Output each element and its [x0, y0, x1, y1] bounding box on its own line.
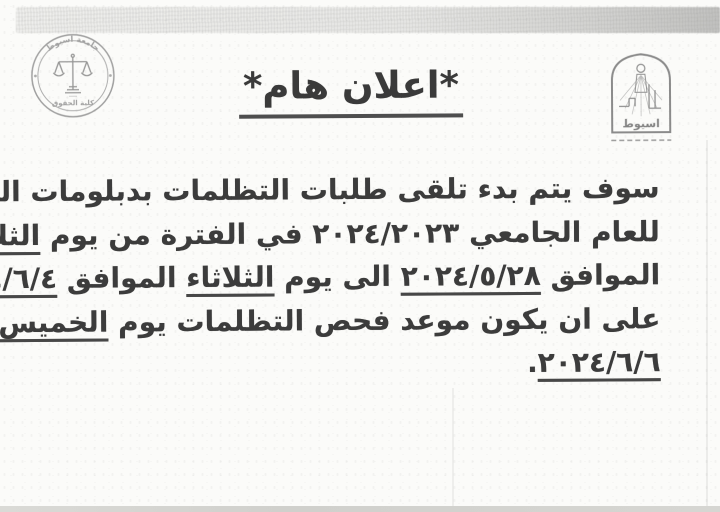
- paper-fold-seam: [452, 388, 454, 506]
- scanner-bottom-edge: [0, 506, 720, 512]
- announcement-title: *اعلان هام*: [239, 63, 463, 118]
- underlined-segment: الثلاثاء: [0, 218, 40, 252]
- text-segment: الموافق: [541, 258, 661, 292]
- scanned-announcement-page: جامعة اسيوط كلية الحقوق: [0, 0, 720, 512]
- announcement-body: سوف يتم بدء تلقى طلبات التظلمات بدبلومات…: [13, 166, 660, 387]
- paper-sheet: جامعة اسيوط كلية الحقوق: [0, 0, 720, 512]
- underlined-date: ٢٠٢٤/٥/٢٨: [401, 259, 541, 293]
- body-line-2: للعام الجامعي ٢٠٢٤/٢٠٢٣ في الفترة من يوم…: [14, 210, 660, 257]
- text-segment: الى يوم: [274, 260, 400, 294]
- text-segment: الموافق: [57, 261, 186, 295]
- body-line-3: الموافق ٢٠٢٤/٥/٢٨ الى يوم الثلاثاء الموا…: [14, 253, 660, 300]
- text-segment: على ان يكون موعد فحص التظلمات يوم: [108, 302, 660, 338]
- text-segment: .: [527, 346, 538, 379]
- body-line-1: سوف يتم بدء تلقى طلبات التظلمات بدبلومات…: [13, 166, 659, 213]
- emblem-caption: اسيوط: [622, 117, 659, 130]
- seal-top-text: جامعة اسيوط: [44, 35, 101, 54]
- text-segment: سوف يتم بدء تلقى طلبات التظلمات بدبلومات…: [0, 171, 660, 209]
- underlined-date: ٢٠٢٤/٦/٤: [0, 262, 57, 296]
- underlined-date: ٢٠٢٤/٦/٦: [538, 345, 661, 379]
- svg-text:جامعة اسيوط: جامعة اسيوط: [44, 35, 101, 54]
- paper-right-edge: [706, 140, 708, 506]
- body-line-4: على ان يكون موعد فحص التظلمات يوم الخميس…: [14, 297, 660, 344]
- body-line-5: ٢٠٢٤/٦/٦.: [15, 340, 661, 387]
- text-segment: للعام الجامعي ٢٠٢٤/٢٠٢٣ في الفترة من يوم: [40, 215, 660, 252]
- title-area: *اعلان هام*: [0, 62, 703, 120]
- underlined-segment: الخميس: [0, 305, 108, 339]
- underlined-segment: الثلاثاء: [186, 261, 274, 295]
